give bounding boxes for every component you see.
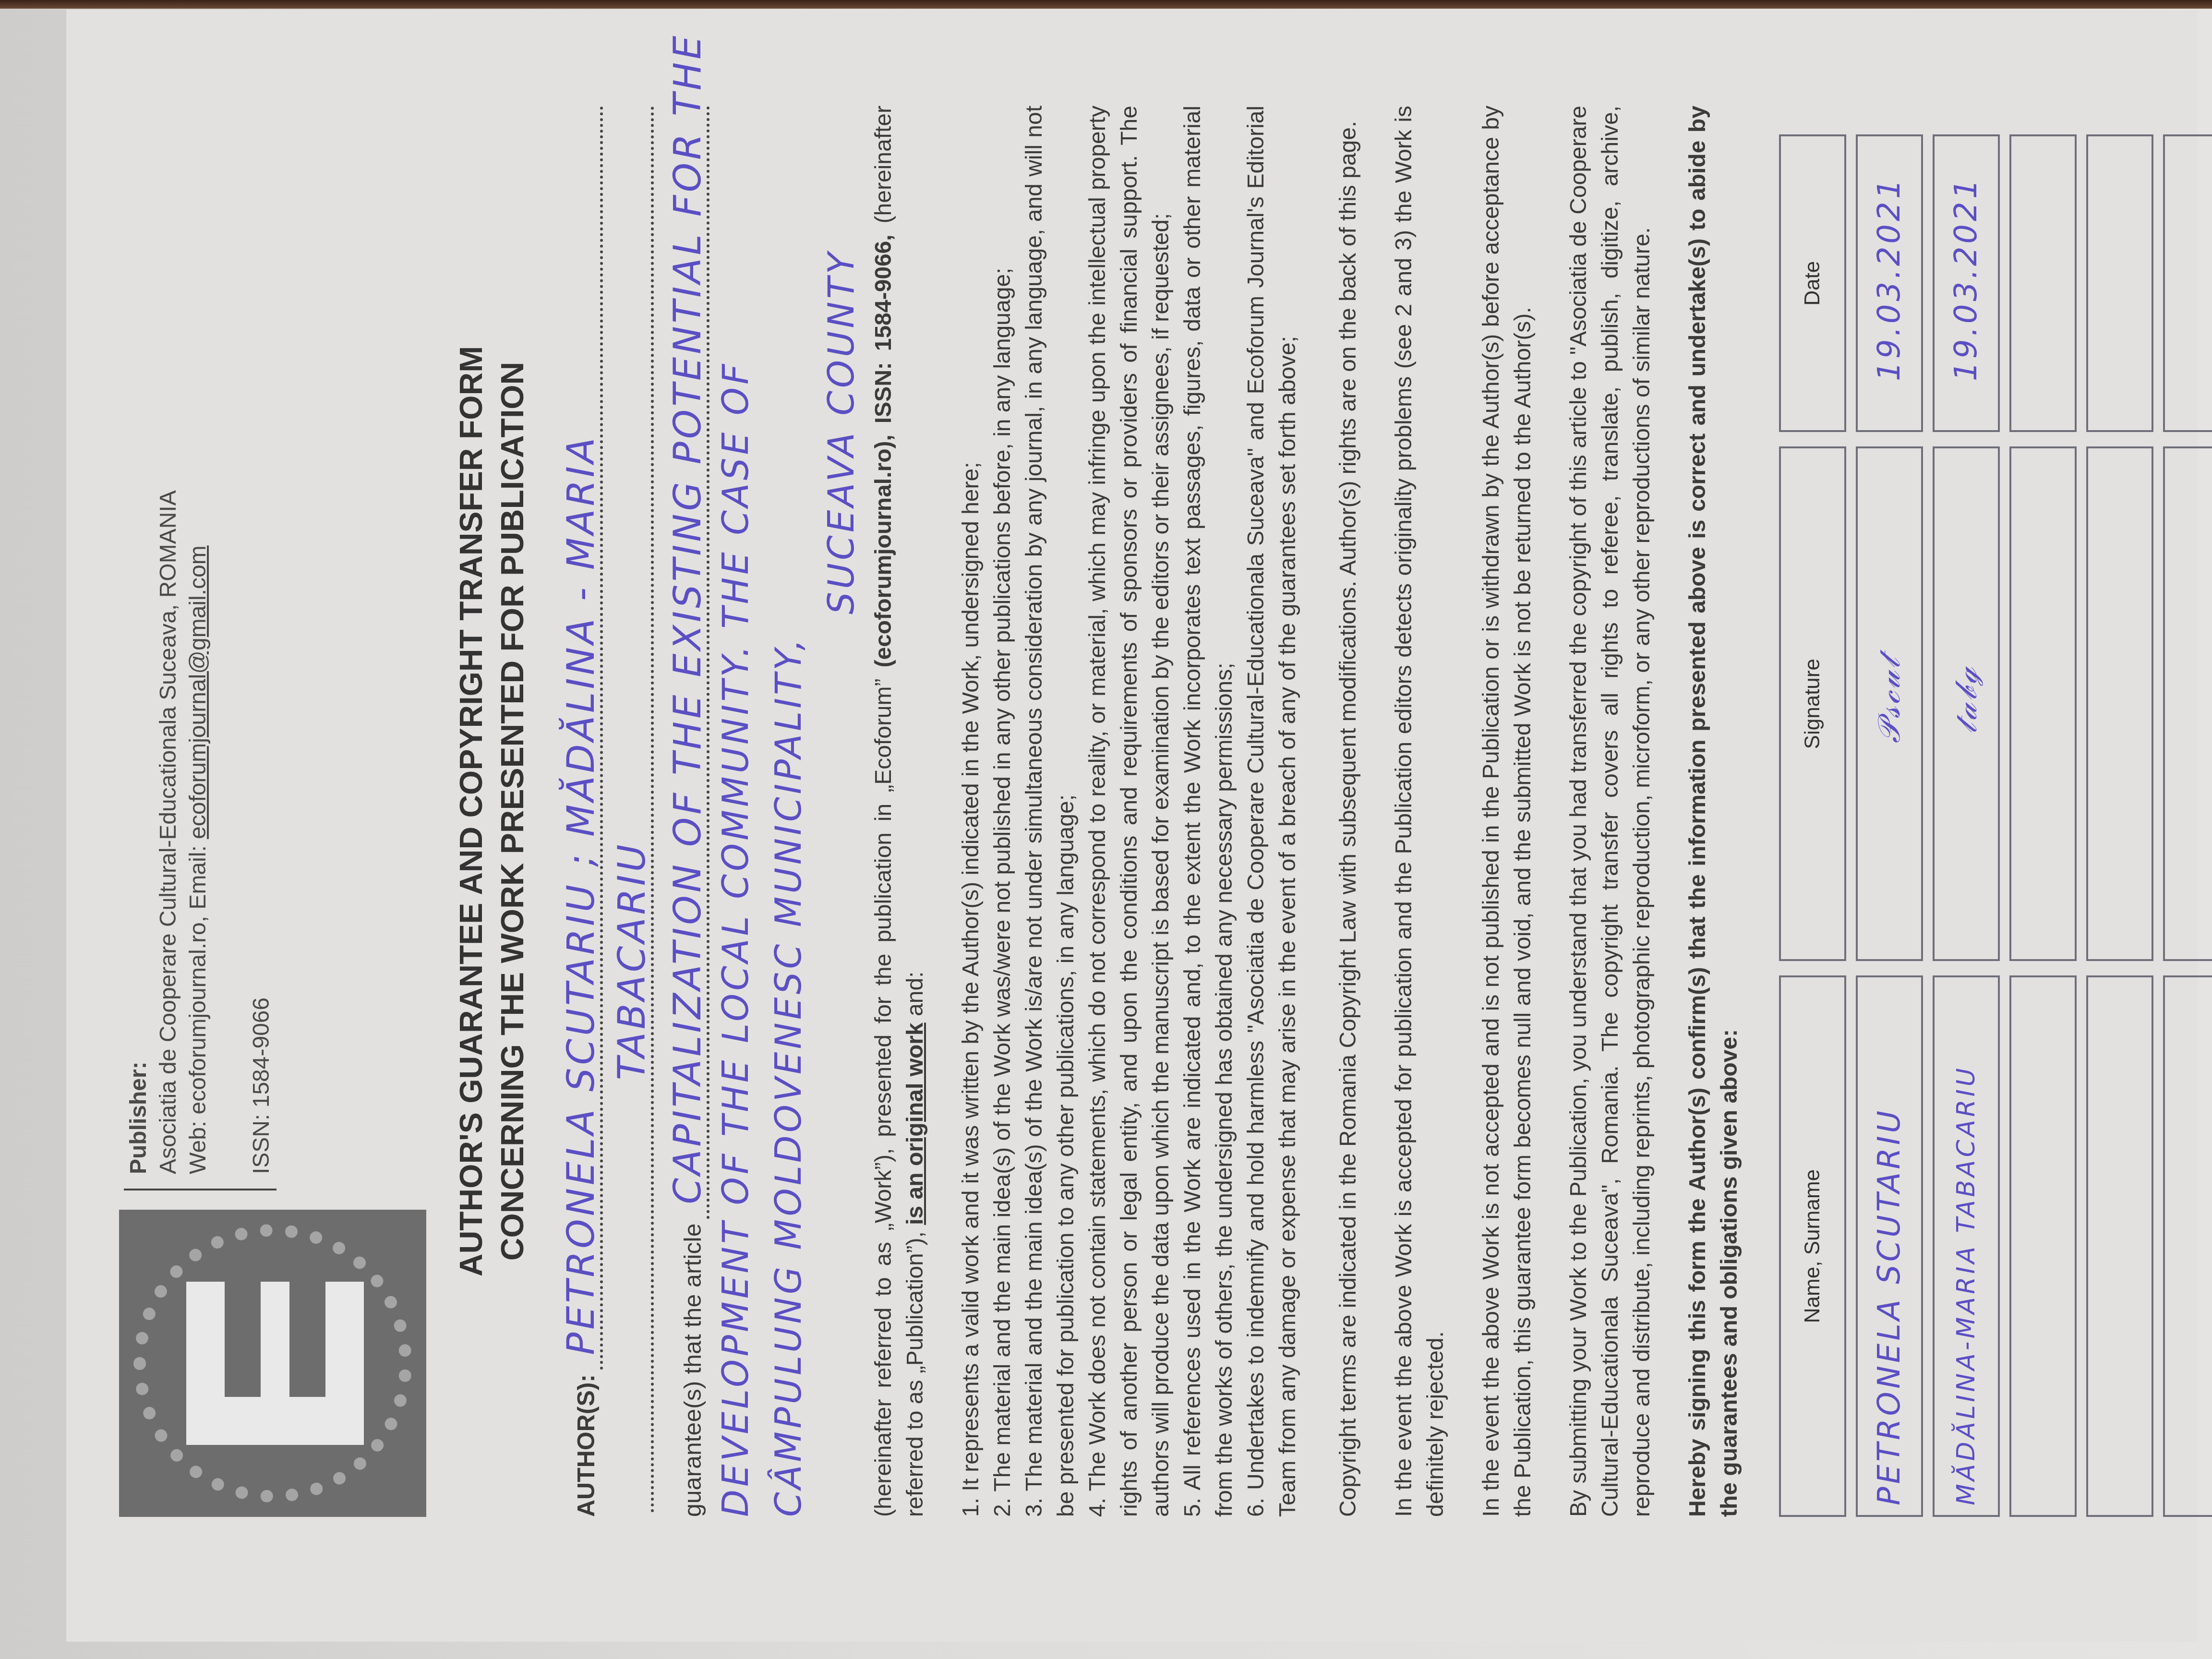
date-cell[interactable] xyxy=(2086,134,2153,432)
signature-cell[interactable] xyxy=(2009,446,2077,961)
clause-item: 5. All references used in the Work are i… xyxy=(1177,106,1240,1517)
table-surface-edge xyxy=(0,0,2212,9)
hereinafter-and: and: xyxy=(902,972,928,1023)
date-cell[interactable] xyxy=(2009,134,2077,432)
guarantee-label: guarantee(s) that the article xyxy=(676,1224,709,1517)
hereinafter-text-1: (hereinafter referred to as „Work”), pre… xyxy=(871,668,896,1517)
signature-cell[interactable] xyxy=(2163,446,2212,961)
publisher-web: Web: ecoforumjournal.ro, Email: xyxy=(185,839,211,1174)
form-title-line-1: AUTHOR'S GUARANTEE AND COPYRIGHT TRANSFE… xyxy=(450,106,492,1517)
article-title-line-1: CAPITALIZATION OF THE EXISTING POTENTIAL… xyxy=(671,33,705,1204)
name-cell[interactable] xyxy=(2009,975,2077,1517)
authors-handwritten: PETRONELA SCUTARIU ; MĂDĂLINA - MARIA xyxy=(565,435,598,1355)
signature-cell[interactable] xyxy=(2086,446,2153,961)
date-cell[interactable] xyxy=(2163,134,2212,432)
publisher-label: Publisher: xyxy=(124,490,154,1174)
column-header-date: Date xyxy=(1779,134,1846,432)
copyright-terms-paragraph: Copyright terms are indicated in the Rom… xyxy=(1333,106,1364,1517)
column-header-name: Name, Surname xyxy=(1779,975,1846,1517)
hereby-paragraph: Hereby signing this form the Author(s) c… xyxy=(1682,106,1745,1517)
signature-cell[interactable]: 𝒫𝓈𝒸𝓊𝓉 xyxy=(1856,446,1923,961)
name-cell[interactable] xyxy=(2163,975,2212,1517)
date-cell[interactable]: 19.03.2021 xyxy=(1856,134,1923,432)
not-accepted-paragraph: In the event the above Work is not accep… xyxy=(1476,106,1539,1517)
signature-cell[interactable]: 𝓉𝒶𝒷ℊ xyxy=(1933,446,2000,961)
authors-field-2[interactable]: TABACARIU xyxy=(617,106,654,1512)
hereinafter-issn: (ecoforumjournal.ro), ISSN: 1584-9066, xyxy=(871,234,896,667)
article-row: guarantee(s) that the article CAPITALIZA… xyxy=(673,106,709,1517)
clause-item: 6. Undertakes to indemnify and hold harm… xyxy=(1240,106,1304,1517)
original-work-emphasis: is an original work xyxy=(902,1022,928,1225)
document-page: Publisher: Asociatia de Cooperare Cultur… xyxy=(66,10,2198,1642)
authors-row-2: TABACARIU xyxy=(617,106,654,1517)
form-title: AUTHOR'S GUARANTEE AND COPYRIGHT TRANSFE… xyxy=(450,106,533,1517)
publisher-contact: Web: ecoforumjournal.ro, Email: ecoforum… xyxy=(183,490,213,1174)
authors-label: AUTHOR(S): xyxy=(569,1374,603,1517)
signature-table: Name, Surname Signature Date PETRONELA S… xyxy=(1769,120,2212,1531)
signature-scribble-icon: 𝓉𝒶𝒷ℊ xyxy=(1948,665,1984,733)
name-cell[interactable]: PETRONELA SCUTARIU xyxy=(1856,975,1923,1517)
clause-item: 4. The Work does not contain statements,… xyxy=(1082,106,1177,1517)
article-title-line-2: DEVELOPMENT OF THE LOCAL COMMUNITY. THE … xyxy=(709,106,815,1517)
logo-letter-e xyxy=(186,1282,364,1445)
publisher-association: Asociatia de Cooperare Cultural-Educatio… xyxy=(154,490,183,1174)
clause-item: 3. The material and the main idea(s) of … xyxy=(1019,106,1082,1517)
table-row: PETRONELA SCUTARIU 𝒫𝓈𝒸𝓊𝓉 19.03.2021 xyxy=(1856,134,1923,1517)
form-title-line-2: CONCERNING THE WORK PRESENTED FOR PUBLIC… xyxy=(492,106,533,1517)
publisher-block: Publisher: Asociatia de Cooperare Cultur… xyxy=(124,490,276,1190)
table-row xyxy=(2163,134,2212,1517)
article-title-line-3: SUCEAVA COUNTY xyxy=(815,106,868,1517)
authors-handwritten-2: TABACARIU xyxy=(615,842,649,1080)
name-cell[interactable] xyxy=(2086,975,2153,1517)
table-row: MĂDĂLINA-MARIA TABACARIU 𝓉𝒶𝒷ℊ 19.03.2021 xyxy=(1933,134,2000,1517)
table-row xyxy=(2086,134,2153,1517)
transfer-paragraph: By submitting your Work to the Publicati… xyxy=(1563,106,1658,1517)
column-header-signature: Signature xyxy=(1779,446,1846,961)
table-row xyxy=(2009,134,2077,1517)
accepted-paragraph: In the event the above Work is accepted … xyxy=(1388,106,1452,1517)
publisher-issn: ISSN: 1584-9066 xyxy=(247,490,276,1174)
clause-item: 1. It represents a valid work and it was… xyxy=(955,106,987,1517)
signature-table-header: Name, Surname Signature Date xyxy=(1779,134,1846,1517)
ecoforum-logo-icon xyxy=(119,1210,426,1517)
publisher-email-link[interactable]: ecoforumjournal@gmail.com xyxy=(185,545,211,839)
hereinafter-paragraph: (hereinafter referred to as „Work”), pre… xyxy=(868,106,931,1517)
article-field[interactable]: CAPITALIZATION OF THE EXISTING POTENTIAL… xyxy=(673,106,709,1219)
authors-field[interactable]: PETRONELA SCUTARIU ; MĂDĂLINA - MARIA xyxy=(566,106,603,1370)
clauses-list: 1. It represents a valid work and it was… xyxy=(955,106,1304,1517)
date-cell[interactable]: 19.03.2021 xyxy=(1933,134,2000,432)
signature-scribble-icon: 𝒫𝓈𝒸𝓊𝓉 xyxy=(1872,655,1907,743)
header: Publisher: Asociatia de Cooperare Cultur… xyxy=(124,106,421,1517)
name-cell[interactable]: MĂDĂLINA-MARIA TABACARIU xyxy=(1933,975,2000,1517)
authors-row: AUTHOR(S): PETRONELA SCUTARIU ; MĂDĂLINA… xyxy=(566,106,603,1517)
clause-item: 2. The material and the main idea(s) of … xyxy=(987,106,1019,1517)
